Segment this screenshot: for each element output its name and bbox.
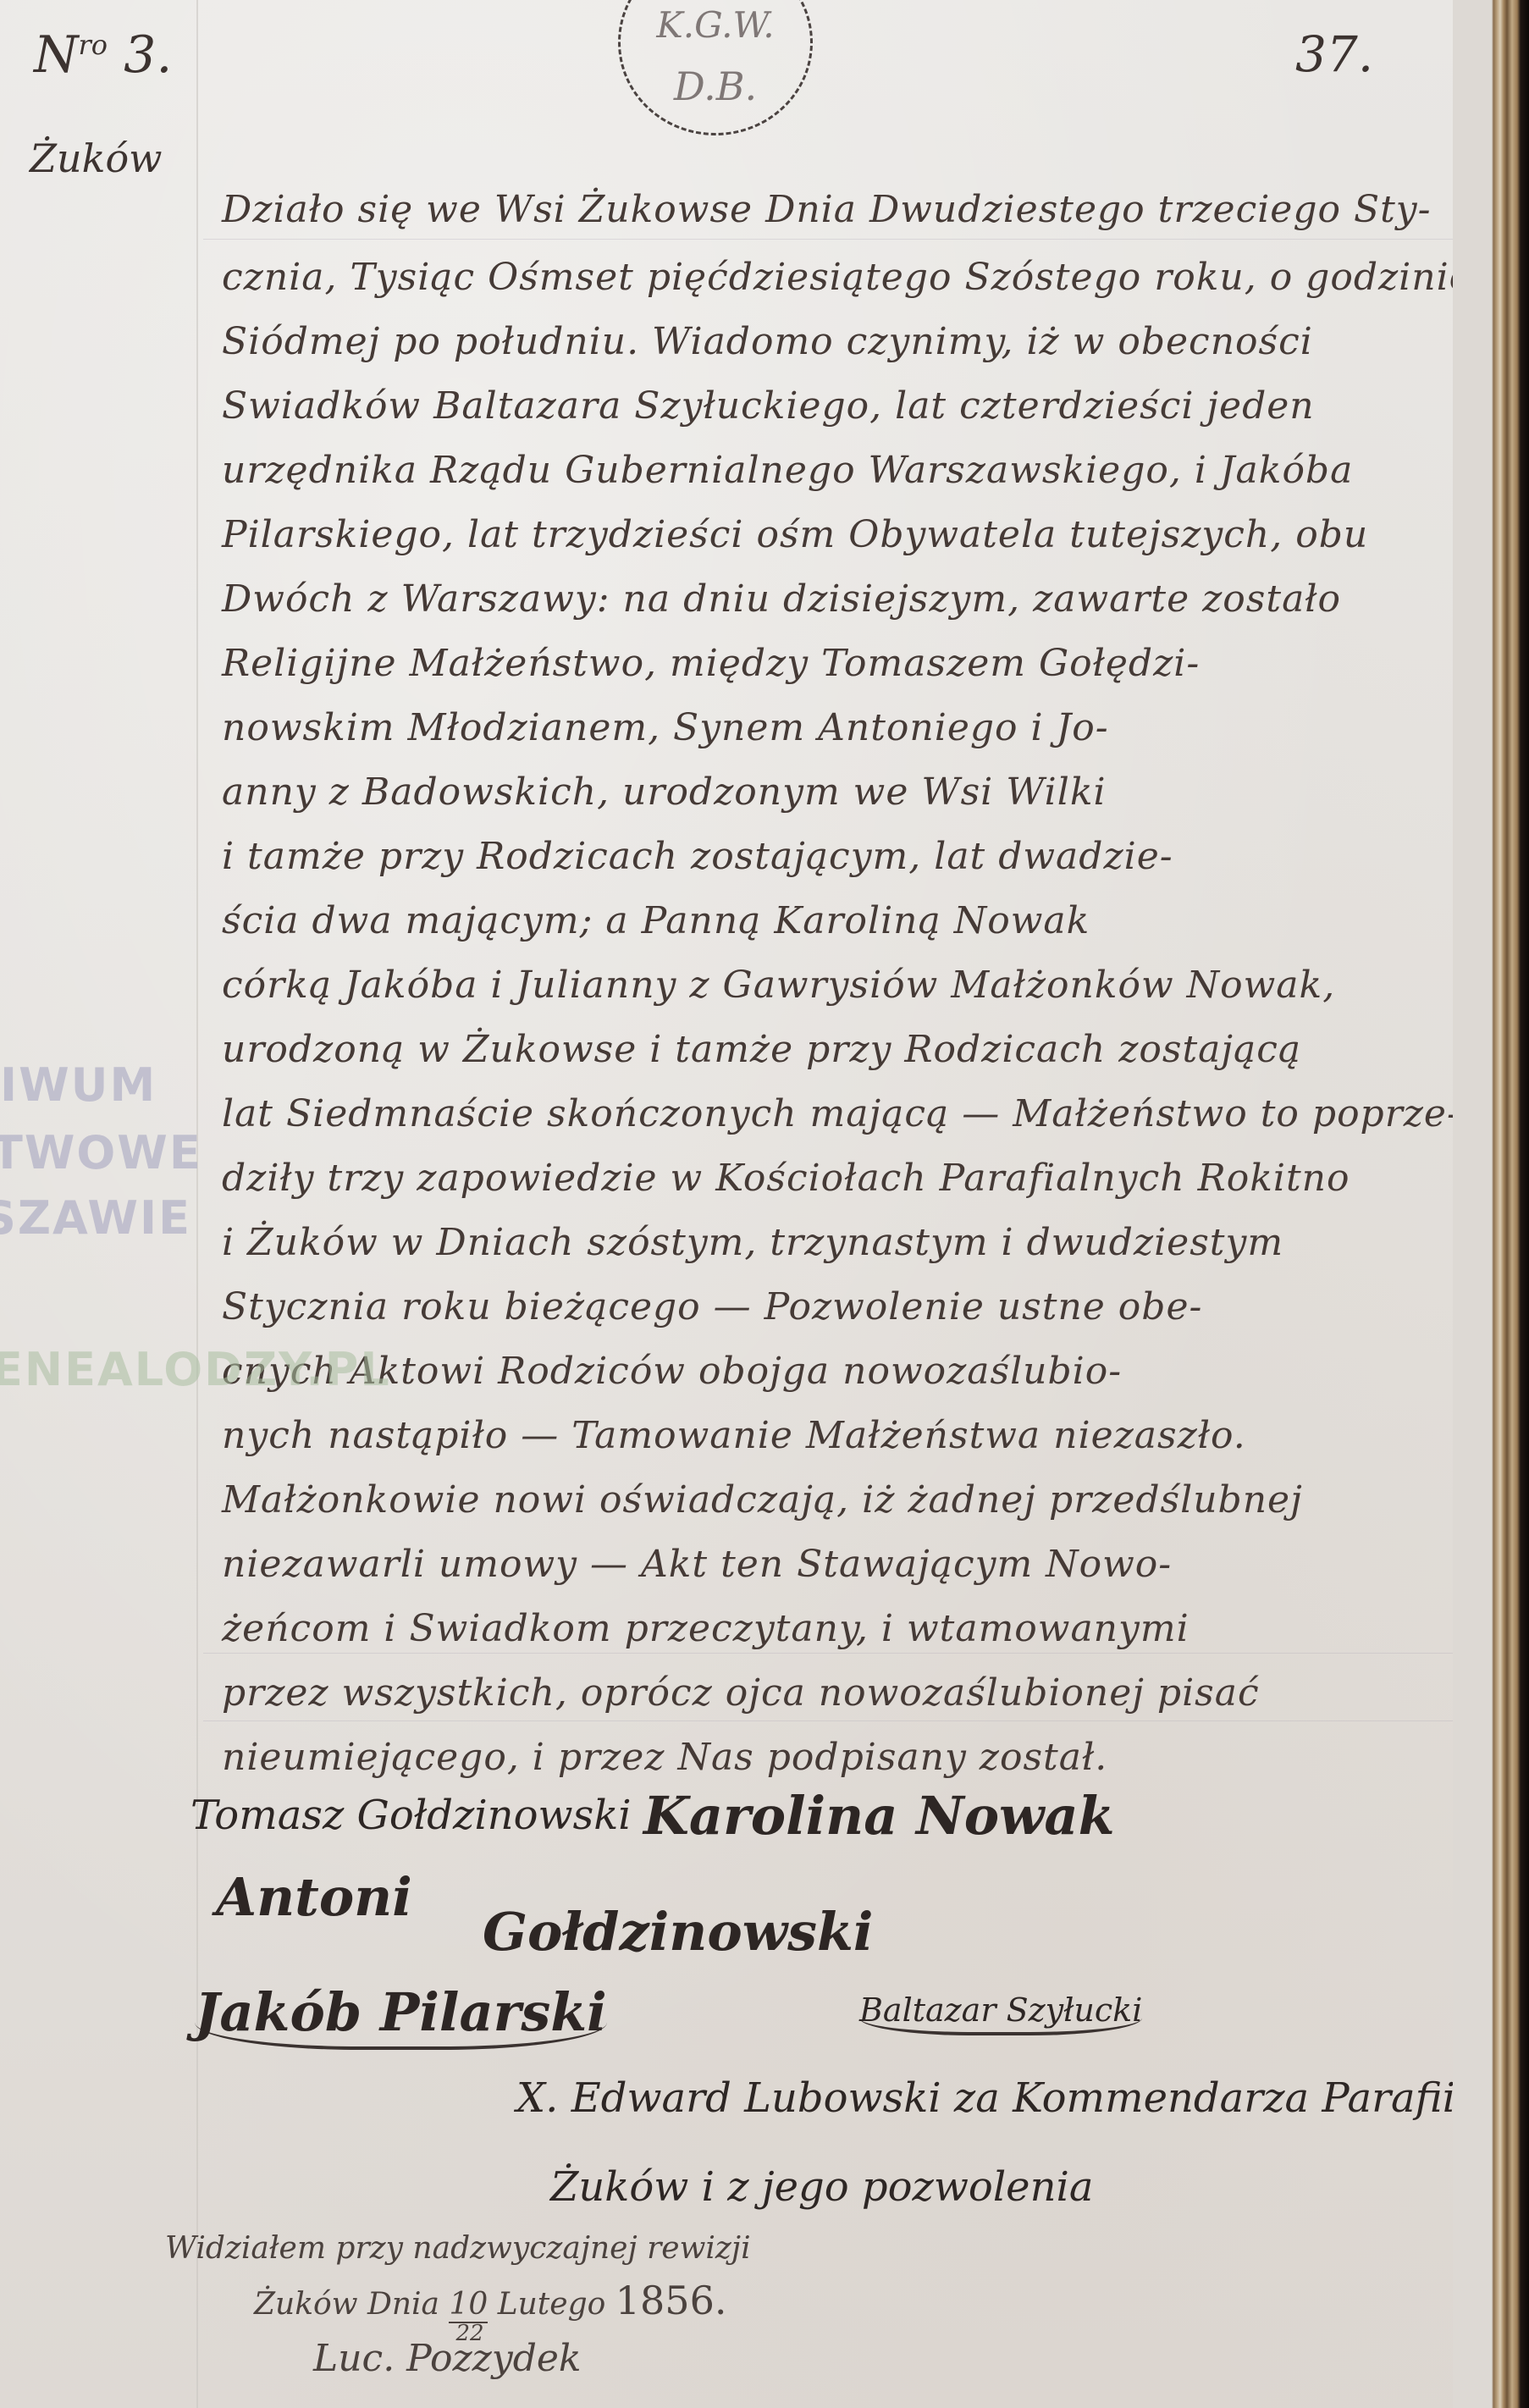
signature-groom: Tomasz Gołdzinowski [190, 1792, 632, 1839]
archive-watermark-line: IWUM [0, 1058, 157, 1112]
witness-1-name: Jakób Pilarski [195, 1981, 607, 2050]
review-day-word: Dnia [367, 2287, 439, 2322]
review-year: 1856. [615, 2278, 727, 2323]
review-day-top: 10 [449, 2287, 488, 2323]
review-day: 10 22 [449, 2287, 488, 2322]
signature-priest-line-1: X. Edward Lubowski za Kommendarza Parafi… [516, 2074, 1455, 2122]
record-number: Nro 3. [34, 25, 172, 85]
review-note-line-1: Widziałem przy nadzwyczajnej rewizji [165, 2231, 751, 2266]
margin-rule [196, 0, 198, 2408]
body-line: Małżonkowie nowi oświadczają, iż żadnej … [222, 1478, 1303, 1522]
body-line: nowskim Młodzianem, Synem Antoniego i Jo… [222, 706, 1109, 749]
record-number-sup: ro [79, 29, 108, 61]
body-line: urodzoną w Żukowse i tamże przy Rodzicac… [222, 1028, 1301, 1071]
body-line: Siódmej po południu. Wiadomo czynimy, iż… [222, 320, 1313, 363]
signature-witness-2: Baltazar Szyłucki [859, 1991, 1142, 2029]
record-number-prefix: N [34, 25, 79, 85]
folio-number: 37. [1295, 25, 1373, 83]
body-line: Swiadków Baltazara Szyłuckiego, lat czte… [222, 384, 1315, 428]
review-month: Lutego [498, 2287, 606, 2322]
body-line: lat Siedmnaście skończonych mającą — Mał… [222, 1092, 1460, 1135]
archive-watermark-line: SZAWIE [0, 1191, 191, 1245]
body-line: anny z Badowskich, urodzonym we Wsi Wilk… [222, 770, 1107, 814]
review-place: Żuków [254, 2287, 358, 2322]
body-line: żeńcom i Swiadkom przeczytany, i wtamowa… [222, 1607, 1190, 1650]
review-signature: Luc. Pozzydek [313, 2337, 582, 2380]
ruling-line [203, 1720, 1453, 1721]
genealogy-watermark: ENEALODZY.PL [0, 1343, 391, 1396]
book-binding-edge [1453, 0, 1529, 2408]
witness-2-name: Baltazar Szyłucki [859, 1991, 1142, 2035]
body-line: niezawarli umowy — Akt ten Stawającym No… [222, 1543, 1172, 1586]
signature-priest-line-2: Żuków i z jego pozwolenia [550, 2163, 1093, 2211]
body-line: ścia dwa mającym; a Panną Karoliną Nowak [222, 899, 1090, 942]
stamp-bottom-text: D.B. [621, 64, 810, 109]
body-line: Pilarskiego, lat trzydzieści ośm Obywate… [222, 513, 1368, 556]
body-line: Stycznia roku bieżącego — Pozwolenie ust… [222, 1285, 1202, 1328]
body-line: i Żuków w Dniach szóstym, trzynastym i d… [222, 1221, 1283, 1264]
body-line: nych nastąpiło — Tamowanie Małżeństwa ni… [222, 1414, 1246, 1457]
signature-witness-1: Jakób Pilarski [195, 1981, 607, 2043]
archive-stamp: K.G.W. D.B. [618, 0, 813, 135]
ruling-line [203, 1653, 1453, 1654]
body-line: dziły trzy zapowiedzie w Kościołach Para… [222, 1157, 1350, 1200]
body-line: przez wszystkich, oprócz ojca nowozaślub… [222, 1671, 1260, 1715]
body-line: i tamże przy Rodzicach zostającym, lat d… [222, 835, 1173, 878]
body-line: nieumiejącego, i przez Nas podpisany zos… [222, 1736, 1107, 1779]
record-place: Żuków [30, 135, 163, 181]
body-line: cznia, Tysiąc Ośmset pięćdziesiątego Szó… [222, 256, 1472, 299]
signature-groom-father-first: Antoni [216, 1866, 412, 1928]
body-line: urzędnika Rządu Gubernialnego Warszawski… [222, 449, 1353, 492]
record-number-value: 3. [124, 25, 172, 85]
archive-watermark-line: TWOWE [0, 1126, 202, 1179]
body-line: Religijne Małżeństwo, między Tomaszem Go… [222, 642, 1200, 685]
body-line: córką Jakóba i Julianny z Gawrysiów Małż… [222, 964, 1335, 1007]
stamp-top-text: K.G.W. [621, 4, 810, 46]
signature-groom-father-last: Gołdzinowski [483, 1901, 874, 1963]
body-line: Dwóch z Warszawy: na dniu dzisiejszym, z… [222, 577, 1341, 621]
signature-bride: Karolina Nowak [643, 1785, 1115, 1847]
review-note-line-2: Żuków Dnia 10 22 Lutego 1856. [254, 2278, 726, 2323]
ruling-line [203, 239, 1453, 240]
body-line: Działo się we Wsi Żukowse Dnia Dwudziest… [222, 188, 1432, 231]
document-page: K.G.W. D.B. Nro 3. Żuków 37. Działo się … [0, 0, 1529, 2408]
